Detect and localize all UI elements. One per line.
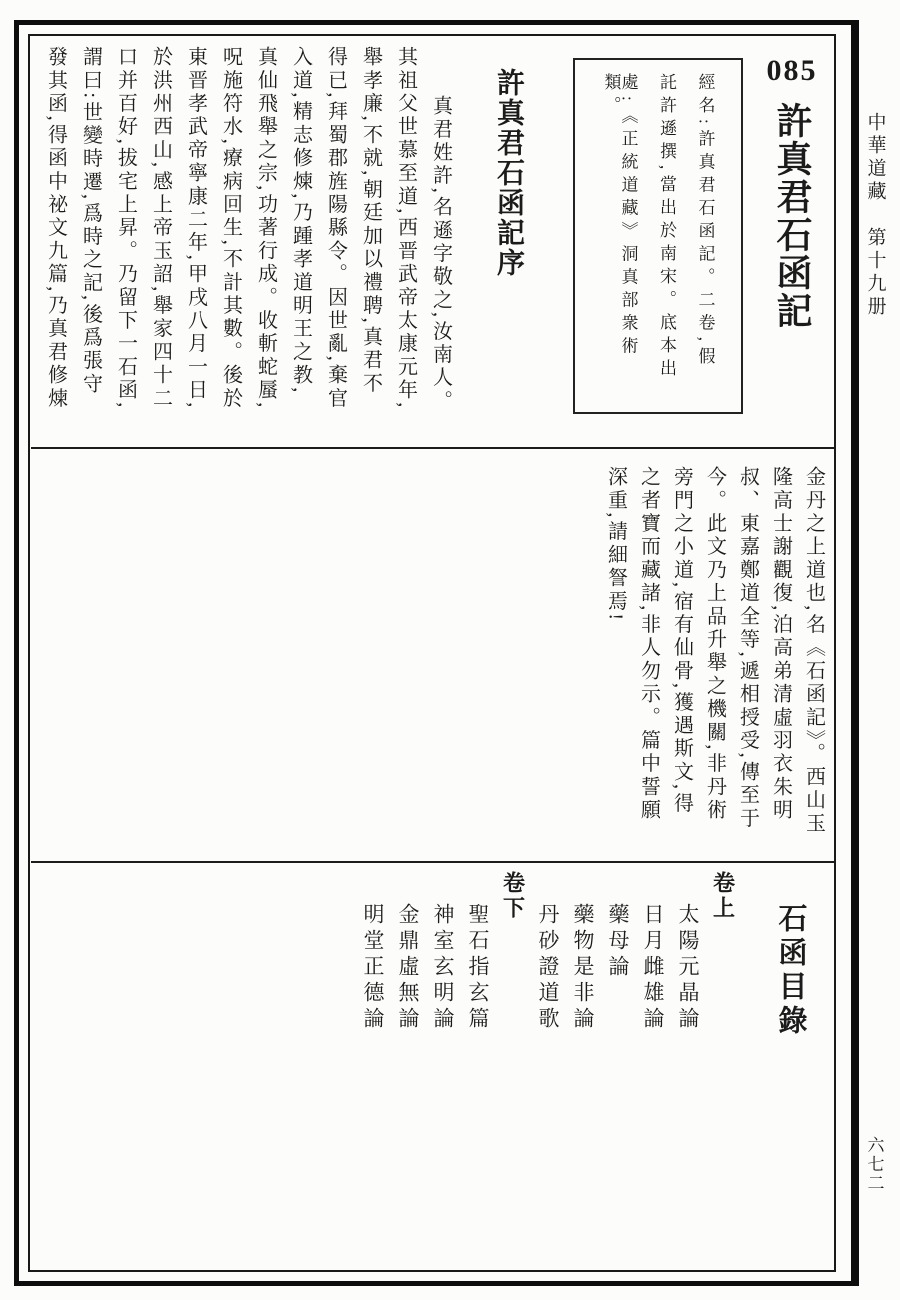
preface-column: 其祖父世慕至道,西晋武帝太康元年, [396, 46, 416, 446]
contents-title-text: 石函目錄 [776, 903, 805, 1039]
contents-item: 金鼎虛無論 [397, 903, 418, 1171]
contents-item: 日月雌雄論 [642, 903, 663, 1171]
text-column: 叔、東嘉鄭道全等,遞相授受,傳至于 [738, 466, 758, 861]
contents-item: 丹砂證道歌 [537, 903, 558, 1171]
text-column: 金丹之上道也,名《石函記》。西山玉 [804, 466, 824, 861]
contents-item: 神室玄明論 [432, 903, 453, 1171]
main-text-block: 金丹之上道也,名《石函記》。西山玉 隆高士謝觀復,泊高弟清虛羽衣朱明 叔、東嘉鄭… [599, 466, 830, 861]
text-column: 之者寶而藏諸,非人勿示。篇中誓願 [639, 466, 659, 861]
text-column: 隆高士謝觀復,泊高弟清虛羽衣朱明 [771, 466, 791, 861]
preface-column: 舉孝廉,不就,朝廷加以禮聘,真君不 [361, 46, 381, 446]
preface-title: 許真君石函記序 [487, 68, 529, 278]
preface-column: 得已,拜蜀郡旌陽縣令。因世亂,棄官 [326, 46, 346, 446]
folio-number: 六七二 [860, 1136, 888, 1193]
colophon-box: 經名:許真君石函記。二卷,假 託許遜撰,當出於南宋。底本出 處:《正統道藏》洞真… [573, 58, 743, 414]
preface-column: 入道,精志修煉,乃踵孝道明王之教, [291, 46, 311, 446]
preface-column: 真仙飛舉之宗,功著行成。收斬蛇蜃, [256, 46, 276, 446]
preface-column: 於洪州西山,感上帝玉詔,舉家四十二 [151, 46, 171, 446]
contents-item: 聖石指玄篇 [467, 903, 488, 1171]
volume-label: 中華道藏 第十九册 [861, 112, 889, 319]
contents-list: 卷上 太陽元晶論 日月雌雄論 藥母論 藥物是非論 丹砂證道歌 卷下 聖石指玄篇 … [355, 871, 740, 1171]
volume-label-text: 中華道藏 第十九册 [866, 112, 885, 319]
contents-item: 明堂正德論 [362, 903, 383, 1171]
preface-column: 發其函,得函中祕文九篇,乃真君修煉 [46, 46, 66, 446]
scanned-book-page: 中華道藏 第十九册 六七二 085 許真君石函記 經名:許真君石函記。二卷,假 … [0, 0, 900, 1300]
preface-column: 東晋孝武帝寧康二年,甲戌八月一日, [186, 46, 206, 446]
section-divider-bottom [31, 861, 834, 863]
contents-item: 藥物是非論 [572, 903, 593, 1171]
contents-item: 太陽元晶論 [677, 903, 698, 1171]
preface-title-text: 許真君石函記序 [494, 68, 522, 278]
folio-number-text: 六七二 [866, 1136, 883, 1193]
text-column: 今。此文乃上品升舉之機關,非丹術 [705, 466, 725, 861]
colophon-column: 託許遜撰,當出於南宋。底本出 [658, 73, 675, 399]
preface-column: 真君姓許,名遜字敬之,汝南人。 [431, 95, 451, 446]
contents-section-heading: 卷上 [712, 871, 734, 1171]
document-title: 許真君石函記 [774, 102, 810, 330]
preface-column: 謂曰:世變時遷,爲時之記,後爲張守 [81, 46, 101, 446]
preface-text-block: 真君姓許,名遜字敬之,汝南人。 其祖父世慕至道,西晋武帝太康元年, 舉孝廉,不就… [38, 46, 458, 446]
text-column: 深重,請細詧焉! [606, 466, 626, 861]
colophon-column: 處:《正統道藏》洞真部衆術類。 [603, 73, 637, 399]
colophon-column: 經名:許真君石函記。二卷,假 [697, 73, 714, 399]
text-column: 旁門之小道,宿有仙骨,獲遇斯文,得 [672, 466, 692, 861]
section-divider-top [31, 447, 834, 449]
contents-title: 石函目錄 [768, 903, 812, 1039]
preface-column: 呪施符水,療病回生,不計其數。後於 [221, 46, 241, 446]
preface-column: 口并百好,拔宅上昇。乃留下一石函, [116, 46, 136, 446]
contents-section-heading: 卷下 [502, 871, 524, 1171]
document-number: 085 [767, 56, 818, 86]
document-header: 085 許真君石函記 [753, 56, 831, 330]
contents-item: 藥母論 [607, 903, 628, 1171]
